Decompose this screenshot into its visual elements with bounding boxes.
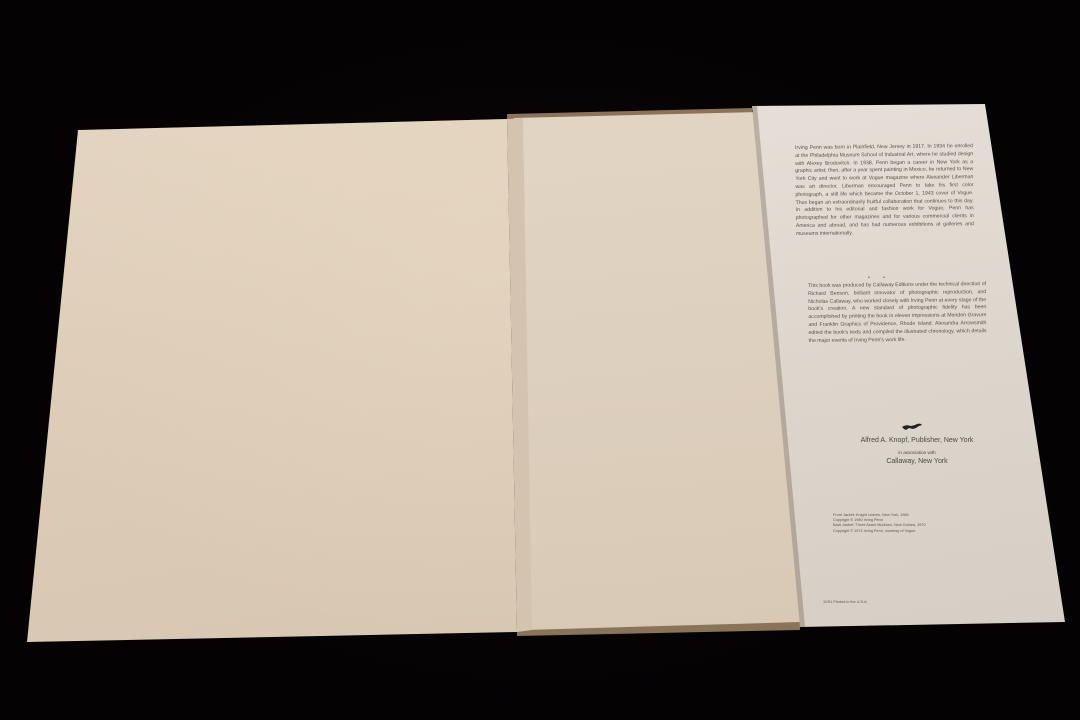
printed-in-usa: 11/91 Printed in the U.S.A. — [823, 600, 868, 604]
flap-separator: • • — [868, 275, 891, 281]
publisher-imprint: Alfred A. Knopf, Publisher, New York — [837, 437, 997, 444]
credit-line: Copyright © 1974 Irving Penn, courtesy o… — [833, 529, 973, 534]
borzoi-dog-icon — [901, 421, 923, 434]
jacket-credits: Front Jacket: Knight Leaves, New York, 1… — [833, 513, 973, 534]
association-line: in association with — [837, 450, 997, 455]
co-publisher-imprint: Callaway, New York — [837, 458, 997, 465]
flap-biography-text: Irving Penn was born in Plainfield, New … — [795, 143, 974, 238]
flap-production-text: This book was produced by Callaway Editi… — [808, 281, 987, 345]
